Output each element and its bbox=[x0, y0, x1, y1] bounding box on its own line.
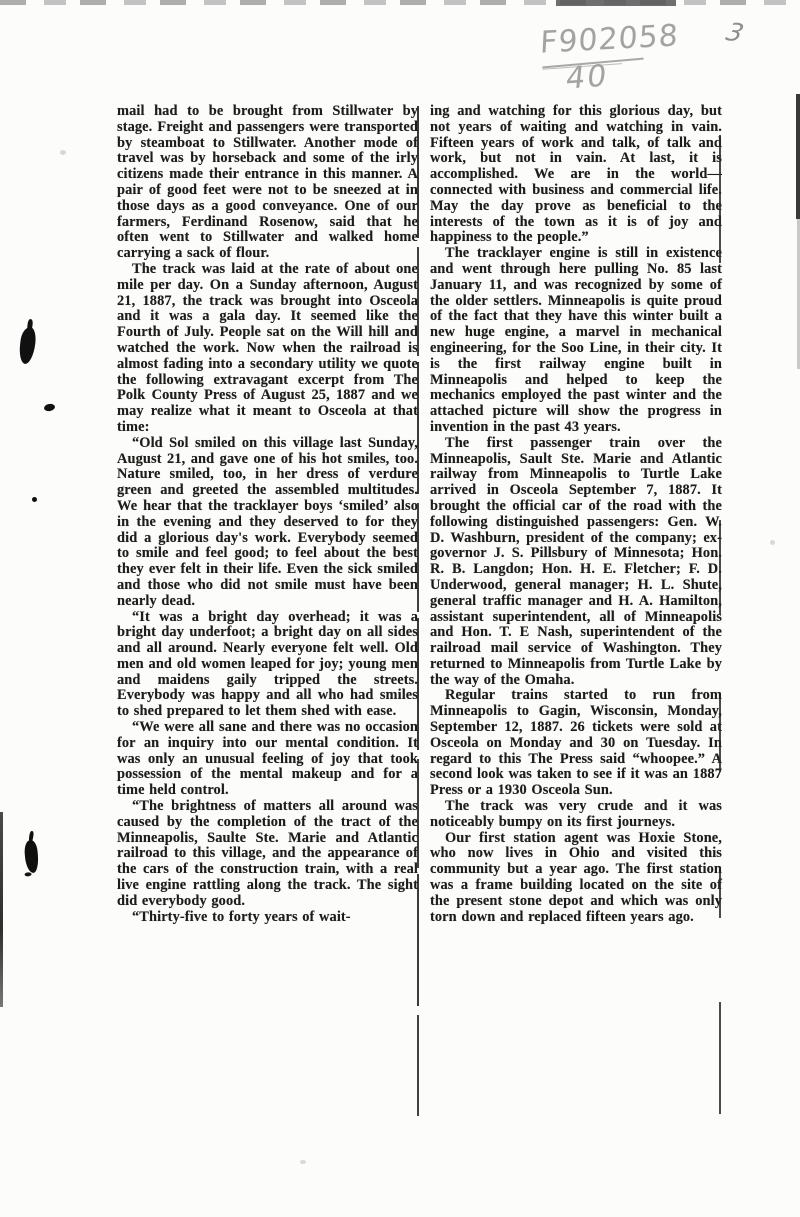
paragraph: “We were all sane and there was no occas… bbox=[117, 720, 418, 799]
paper-speckle bbox=[60, 150, 66, 155]
paragraph: “The brightness of matters all around wa… bbox=[117, 799, 418, 910]
paragraph: The tracklayer engine is still in existe… bbox=[430, 246, 722, 436]
column-divider-rule bbox=[417, 106, 419, 1116]
paper-speckle bbox=[300, 1160, 306, 1164]
paragraph: “It was a bright day overhead; it was a … bbox=[117, 610, 418, 721]
scanned-newspaper-page: { "page": { "page_number": "3", "handwri… bbox=[0, 0, 800, 1217]
paragraph: The track was laid at the rate of about … bbox=[117, 262, 418, 436]
paragraph: ing and watching for this glorious day, … bbox=[430, 104, 722, 246]
ink-blot bbox=[32, 497, 37, 502]
right-column-rule bbox=[719, 698, 721, 772]
handwritten-number: 40 bbox=[564, 58, 610, 96]
paragraph: “Old Sol smiled on this village last Sun… bbox=[117, 436, 418, 610]
article-left-column: mail had to be brought from Stillwater b… bbox=[117, 104, 418, 925]
right-column-rule bbox=[719, 135, 721, 263]
right-column-rule bbox=[719, 520, 721, 614]
paragraph: mail had to be brought from Stillwater b… bbox=[117, 104, 418, 262]
right-column-rule bbox=[719, 1002, 721, 1114]
right-column-rule bbox=[719, 872, 721, 918]
article-right-column: ing and watching for this glorious day, … bbox=[430, 104, 722, 925]
ink-blot bbox=[18, 326, 37, 365]
scan-right-edge bbox=[796, 94, 800, 219]
ink-blot bbox=[43, 403, 55, 412]
paragraph: “Thirty-five to forty years of wait- bbox=[117, 910, 418, 926]
scan-left-edge bbox=[0, 812, 3, 1007]
page-number: 3 bbox=[723, 17, 747, 47]
ink-blot bbox=[24, 839, 40, 873]
paragraph: Regular trains started to run from Minne… bbox=[430, 688, 722, 799]
paragraph: The track was very crude and it was noti… bbox=[430, 799, 722, 831]
scan-top-edge bbox=[0, 0, 800, 5]
paragraph: Our first station agent was Hoxie Stone,… bbox=[430, 831, 722, 926]
paper-speckle bbox=[770, 540, 775, 545]
handwritten-code: F902058 bbox=[539, 18, 679, 60]
paragraph: The first passenger train over the Minne… bbox=[430, 436, 722, 689]
scan-top-edge-dark-segment bbox=[556, 0, 676, 6]
